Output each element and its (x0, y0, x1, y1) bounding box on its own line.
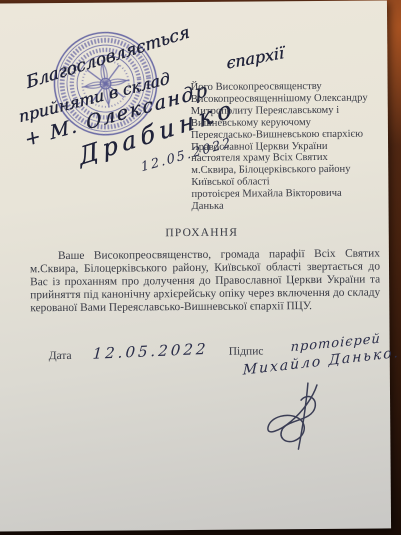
document-sheet: Благословляється прийняти в склад єпархі… (0, 0, 391, 531)
addressee-line: Переясласько-Вишневською єпархією (191, 128, 383, 141)
addressee-block: Його Високопреосвященству Високопреосвящ… (191, 80, 384, 212)
signature-label: Підпис (229, 345, 264, 357)
signature-scribble (255, 379, 341, 452)
handwritten-date-value: 12.05.2022 (92, 340, 209, 363)
handwritten-blessing-line-3: єпархії (226, 43, 285, 73)
addressee-line: Високопреосвященнішому Олександру (191, 92, 383, 105)
photo-of-document: { "colors": { "wood": "#5f2f18", "paper"… (0, 0, 401, 535)
addressee-line: Данька (191, 200, 383, 213)
petition-body-text: Ваше Високопреосвященство, громада параф… (30, 248, 380, 316)
document-title: ПРОХАННЯ (122, 226, 282, 239)
date-label: Дата (49, 350, 72, 362)
